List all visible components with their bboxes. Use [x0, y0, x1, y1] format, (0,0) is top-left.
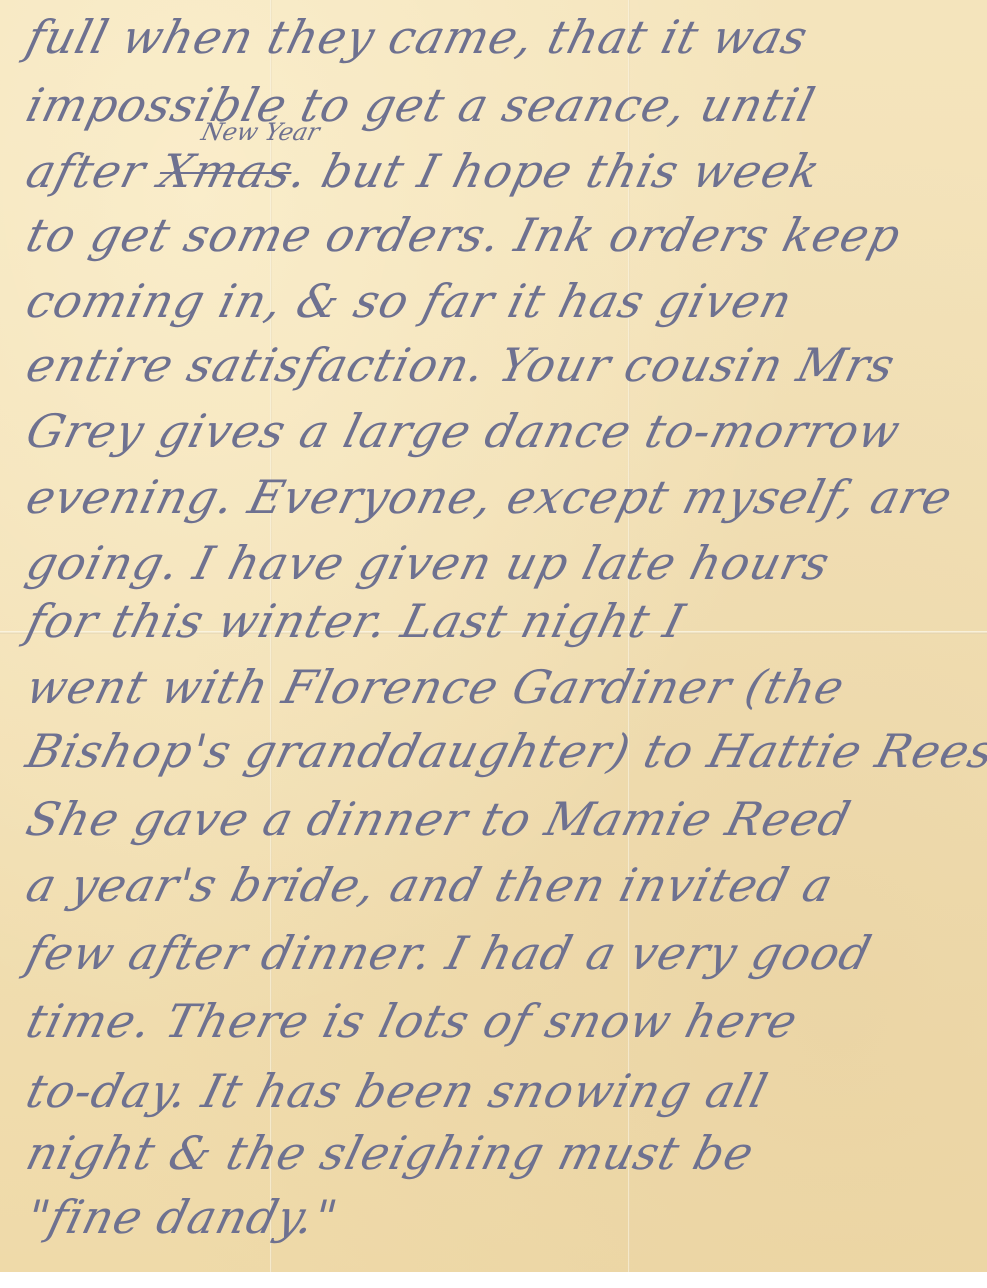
text-line-with-correction: after Xmas. but I hope this week	[22, 148, 825, 194]
text-line: She gave a dinner to Mamie Reed	[22, 796, 855, 842]
text-fragment: after	[21, 144, 167, 198]
text-line: to get some orders. Ink orders keep	[22, 212, 906, 258]
text-line: entire satisfaction. Your cousin Mrs	[22, 342, 900, 388]
text-line: went with Florence Gardiner (the	[22, 664, 849, 710]
text-line: going. I have given up late hours	[22, 540, 835, 586]
text-line: Bishop's granddaughter) to Hattie Rees.	[22, 728, 987, 774]
insertion-above-line: New Year	[199, 118, 323, 146]
text-line: impossible to get a seance, until	[22, 82, 820, 128]
text-line: "fine dandy."	[22, 1194, 342, 1240]
text-line: a year's bride, and then invited a	[22, 862, 838, 908]
text-line: night & the sleighing must be	[22, 1130, 759, 1176]
text-line: to-day. It has been snowing all	[22, 1068, 772, 1114]
text-line: coming in, & so far it has given	[22, 278, 797, 324]
struck-word: Xmas	[154, 144, 299, 198]
letter-page: full when they came, that it was impossi…	[0, 0, 987, 1272]
text-fragment: . but I hope this week	[285, 144, 826, 198]
text-line: few after dinner. I had a very good	[22, 930, 876, 976]
text-line: evening. Everyone, except myself, are	[22, 474, 957, 520]
text-line: for this winter. Last night I	[22, 598, 690, 644]
text-line: time. There is lots of snow here	[22, 998, 803, 1044]
scan-background	[0, 1272, 987, 1288]
text-line: Grey gives a large dance to-morrow	[22, 408, 905, 454]
text-line: full when they came, that it was	[22, 14, 813, 60]
